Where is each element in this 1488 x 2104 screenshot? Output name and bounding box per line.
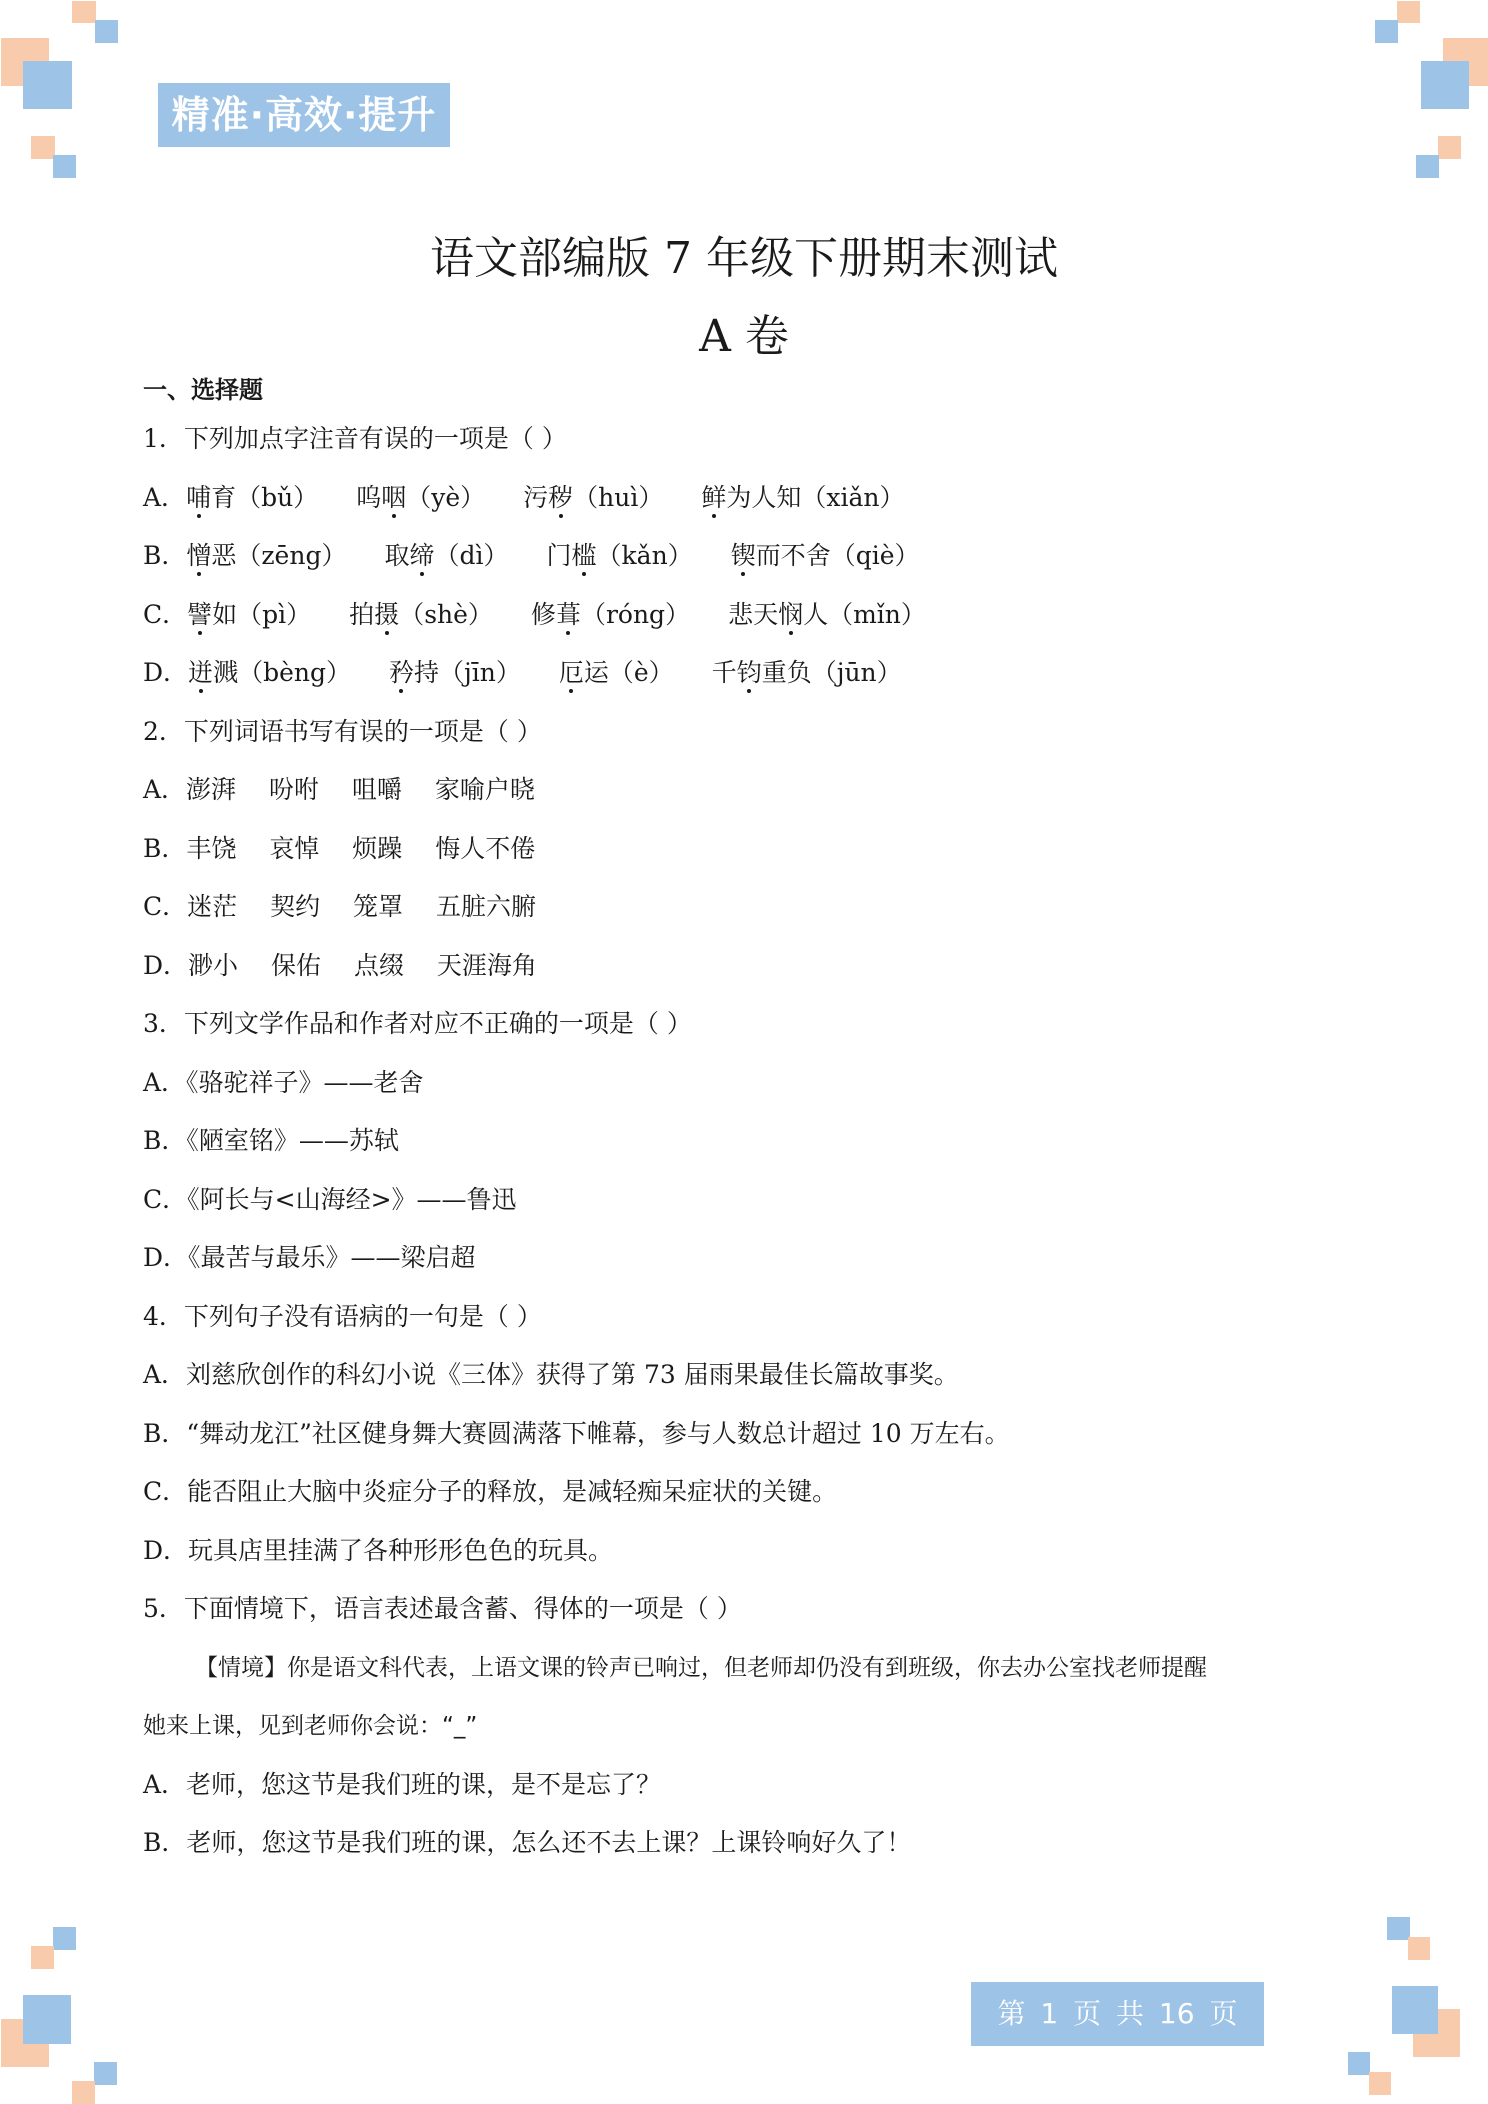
decor-square (31, 1946, 54, 1969)
context-text: 【情境】你是语文科代表，上语文课的铃声已响过，但老师却仍没有到班级，你去办公室找… (143, 1639, 1363, 1698)
decor-square (53, 155, 76, 178)
option-a: A．澎湃 吩咐 咀嚼 家喻户晓 (143, 761, 1363, 820)
decor-square (72, 1, 96, 23)
word-text: 运（è） (584, 658, 674, 687)
option-c: C．能否阻止大脑中炎症分子的释放，是减轻痴呆症状的关键。 (143, 1463, 1363, 1522)
word-text: 持（jīn） (414, 658, 521, 687)
emphasis-dotted-char: 厄 (559, 658, 584, 687)
option-b: B．丰饶 哀悼 烦躁 悔人不倦 (143, 820, 1363, 879)
section-heading: 一、选择题 (143, 370, 1363, 410)
word-with-pinyin: 污秽（huì） (523, 469, 663, 528)
question-stem: 4．下列句子没有语病的一句是（ ） (143, 1288, 1363, 1347)
decor-square (1397, 1, 1420, 23)
question-stem: 2．下列词语书写有误的一项是（ ） (143, 703, 1363, 762)
question-stem: 5．下面情境下，语言表述最含蓄、得体的一项是（ ） (143, 1580, 1363, 1639)
option-b: B．老师，您这节是我们班的课，怎么还不去上课？上课铃响好久了！ (143, 1814, 1363, 1873)
word-with-pinyin: 悲天悯人（mǐn） (728, 586, 926, 645)
emphasis-dotted-char: 钧 (737, 658, 762, 687)
emphasis-dotted-char: 鲜 (701, 483, 726, 512)
emphasis-dotted-char: 矜 (389, 658, 414, 687)
word-text: 千 (712, 658, 737, 687)
decor-square (1348, 2052, 1370, 2075)
decor-square (1416, 155, 1439, 178)
word-with-pinyin: 憎恶（zēng） (186, 527, 346, 586)
option-a: A．《骆驼祥子》——老舍 (143, 1054, 1363, 1113)
option-label: A． (143, 483, 186, 512)
decor-square (53, 1927, 76, 1950)
decor-square (94, 2062, 117, 2085)
option-c: C．譬如（pì）拍摄（shè）修葺（róng）悲天悯人（mǐn） (143, 586, 1363, 645)
emphasis-dotted-char: 缔 (409, 541, 434, 570)
document-body: 一、选择题 1．下列加点字注音有误的一项是（ ） A．哺育（bǔ）呜咽（yè）污… (143, 370, 1363, 1873)
decor-square (1408, 1937, 1430, 1960)
word-with-pinyin: 锲而不舍（qiè） (731, 527, 920, 586)
word-text: 污 (523, 483, 548, 512)
word-text: 而不舍（qiè） (756, 541, 920, 570)
word-text: 人（mǐn） (803, 600, 926, 629)
option-label: C． (143, 600, 187, 629)
option-b: B．憎恶（zēng）取缔（dì）门槛（kǎn）锲而不舍（qiè） (143, 527, 1363, 586)
decor-square (1421, 61, 1469, 109)
word-with-pinyin: 矜持（jīn） (389, 644, 521, 703)
word-text: 悲天 (728, 600, 778, 629)
option-a: A．刘慈欣创作的科幻小说《三体》获得了第 73 届雨果最佳长篇故事奖。 (143, 1346, 1363, 1405)
word-with-pinyin: 千钧重负（jūn） (712, 644, 902, 703)
word-with-pinyin: 譬如（pì） (187, 586, 311, 645)
option-a: A．老师，您这节是我们班的课，是不是忘了？ (143, 1756, 1363, 1815)
option-d: D．《最苦与最乐》——梁启超 (143, 1229, 1363, 1288)
emphasis-dotted-char: 哺 (186, 483, 211, 512)
word-text: 如（pì） (212, 600, 311, 629)
word-text: 取 (384, 541, 409, 570)
word-text: （dì） (435, 541, 509, 570)
option-a: A．哺育（bǔ）呜咽（yè）污秽（huì）鲜为人知（xiǎn） (143, 469, 1363, 528)
word-text: （kǎn） (597, 541, 693, 570)
word-text: （róng） (581, 600, 690, 629)
word-text: （shè） (399, 600, 493, 629)
brand-banner: 精准·高效·提升 (158, 83, 450, 147)
word-text: （yè） (406, 483, 485, 512)
emphasis-dotted-char: 葺 (556, 600, 581, 629)
decor-square (23, 61, 72, 109)
emphasis-dotted-char: 摄 (374, 600, 399, 629)
word-with-pinyin: 鲜为人知（xiǎn） (701, 469, 904, 528)
option-c: C．迷茫 契约 笼罩 五脏六腑 (143, 878, 1363, 937)
document-subtitle: A 卷 (0, 300, 1488, 364)
emphasis-dotted-char: 咽 (381, 483, 406, 512)
word-with-pinyin: 取缔（dì） (384, 527, 508, 586)
document-title: 语文部编版 7 年级下册期末测试 (0, 222, 1488, 286)
decor-square (1438, 136, 1461, 159)
option-label: B． (143, 541, 186, 570)
question-stem: 3．下列文学作品和作者对应不正确的一项是（ ） (143, 995, 1363, 1054)
emphasis-dotted-char: 锲 (731, 541, 756, 570)
context-text: 她来上课，见到老师你会说：“_” (143, 1697, 1363, 1756)
word-text: 拍 (349, 600, 374, 629)
word-with-pinyin: 门槛（kǎn） (547, 527, 693, 586)
word-with-pinyin: 拍摄（shè） (349, 586, 493, 645)
emphasis-dotted-char: 秽 (548, 483, 573, 512)
word-with-pinyin: 迸溅（bèng） (188, 644, 351, 703)
question-stem: 1．下列加点字注音有误的一项是（ ） (143, 410, 1363, 469)
emphasis-dotted-char: 槛 (572, 541, 597, 570)
word-text: 重负（jūn） (762, 658, 902, 687)
word-text: 呜 (356, 483, 381, 512)
word-with-pinyin: 呜咽（yè） (356, 469, 485, 528)
word-text: 育（bǔ） (211, 483, 318, 512)
option-d: D．渺小 保佑 点缀 天涯海角 (143, 937, 1363, 996)
option-d: D．玩具店里挂满了各种形形色色的玩具。 (143, 1522, 1363, 1581)
option-b: B．“舞动龙江”社区健身舞大赛圆满落下帷幕，参与人数总计超过 10 万左右。 (143, 1405, 1363, 1464)
word-text: （huì） (573, 483, 663, 512)
decor-square (95, 20, 118, 43)
decor-square (72, 2081, 95, 2104)
word-text: 修 (531, 600, 556, 629)
decor-square (1375, 20, 1398, 43)
word-text: 门 (547, 541, 572, 570)
decor-square (1387, 1917, 1410, 1940)
emphasis-dotted-char: 迸 (188, 658, 213, 687)
option-label: D． (143, 658, 188, 687)
page-indicator: 第 1 页 共 16 页 (971, 1982, 1264, 2046)
emphasis-dotted-char: 悯 (778, 600, 803, 629)
decor-square (31, 136, 55, 159)
decor-square (23, 1995, 71, 2044)
decor-square (1369, 2072, 1391, 2095)
word-text: 溅（bèng） (213, 658, 351, 687)
decor-square (1392, 1986, 1438, 2034)
option-b: B．《陋室铭》——苏轼 (143, 1112, 1363, 1171)
word-with-pinyin: 厄运（è） (559, 644, 674, 703)
option-d: D．迸溅（bèng）矜持（jīn）厄运（è）千钧重负（jūn） (143, 644, 1363, 703)
word-with-pinyin: 哺育（bǔ） (186, 469, 318, 528)
emphasis-dotted-char: 憎 (186, 541, 211, 570)
word-text: 为人知（xiǎn） (726, 483, 904, 512)
word-with-pinyin: 修葺（róng） (531, 586, 690, 645)
word-text: 恶（zēng） (211, 541, 346, 570)
option-c: C．《阿长与<山海经>》——鲁迅 (143, 1171, 1363, 1230)
emphasis-dotted-char: 譬 (187, 600, 212, 629)
